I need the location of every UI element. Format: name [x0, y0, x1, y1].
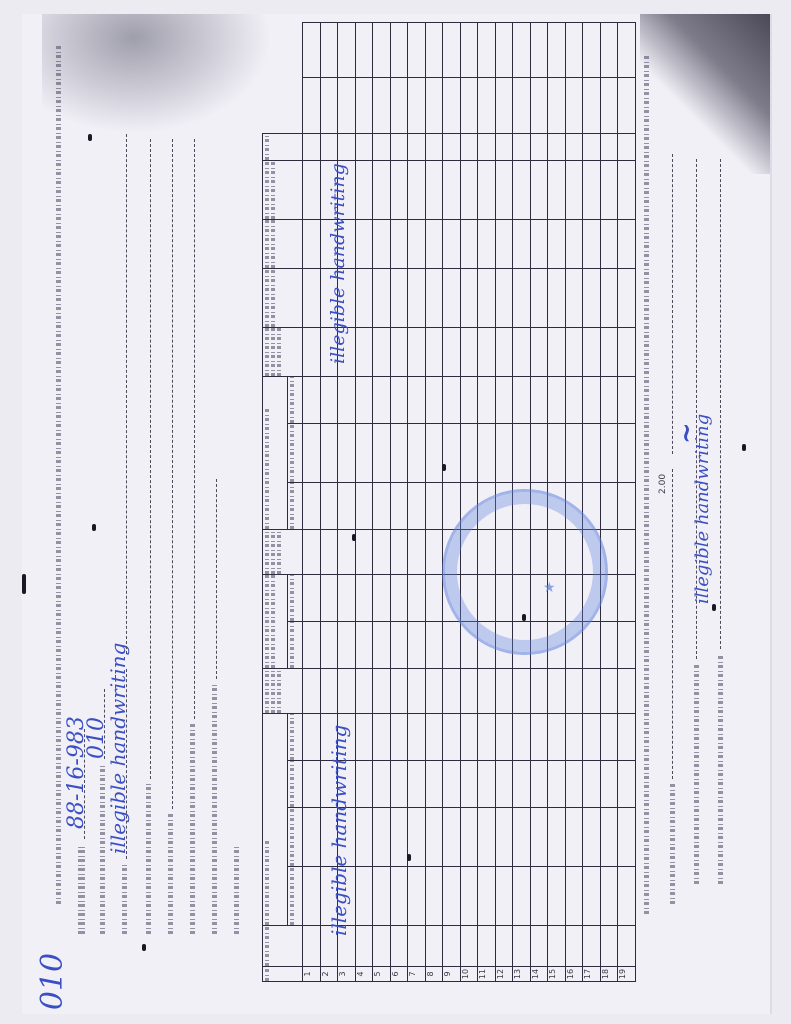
table-cell[interactable] [338, 575, 356, 622]
table-cell[interactable] [513, 761, 531, 808]
table-cell[interactable] [513, 669, 531, 714]
table-cell[interactable] [390, 926, 408, 967]
table-cell[interactable] [618, 867, 636, 926]
table-cell[interactable] [565, 867, 583, 926]
table-cell[interactable] [513, 808, 531, 867]
table-cell[interactable] [355, 161, 373, 220]
table-cell[interactable] [530, 23, 548, 79]
table-cell[interactable] [390, 23, 408, 79]
table-cell[interactable] [600, 761, 618, 808]
table-cell[interactable] [600, 483, 618, 530]
table-cell[interactable] [618, 220, 636, 269]
table-cell[interactable] [408, 78, 426, 134]
table-cell[interactable] [548, 761, 566, 808]
table-cell[interactable] [338, 483, 356, 530]
table-cell[interactable] [373, 575, 391, 622]
table-cell[interactable] [425, 808, 443, 867]
table-cell[interactable] [530, 926, 548, 967]
table-cell[interactable] [338, 669, 356, 714]
table-cell[interactable] [513, 867, 531, 926]
table-cell[interactable] [320, 23, 338, 79]
table-cell[interactable] [355, 78, 373, 134]
table-cell[interactable] [530, 161, 548, 220]
table-cell[interactable] [583, 761, 601, 808]
table-cell[interactable] [373, 424, 391, 483]
table-cell[interactable] [425, 269, 443, 328]
table-cell[interactable] [600, 23, 618, 79]
table-cell[interactable] [408, 714, 426, 761]
table-cell[interactable] [303, 424, 321, 483]
table-cell[interactable] [565, 761, 583, 808]
table-cell[interactable] [320, 424, 338, 483]
table-cell[interactable] [425, 669, 443, 714]
table-cell[interactable] [408, 23, 426, 79]
table-cell[interactable] [565, 134, 583, 161]
table-cell[interactable] [408, 669, 426, 714]
table-cell[interactable] [618, 622, 636, 669]
table-cell[interactable] [390, 714, 408, 761]
table-cell[interactable] [478, 808, 496, 867]
table-cell[interactable] [408, 269, 426, 328]
table-cell[interactable] [303, 808, 321, 867]
table-cell[interactable] [495, 134, 513, 161]
table-cell[interactable] [513, 328, 531, 377]
table-cell[interactable] [320, 483, 338, 530]
table-cell[interactable] [583, 23, 601, 79]
table-cell[interactable] [390, 424, 408, 483]
table-cell[interactable] [303, 23, 321, 79]
table-cell[interactable] [530, 78, 548, 134]
table-cell[interactable] [530, 134, 548, 161]
table-cell[interactable] [373, 714, 391, 761]
table-cell[interactable] [565, 269, 583, 328]
table-cell[interactable] [565, 424, 583, 483]
table-cell[interactable] [460, 424, 478, 483]
table-cell[interactable] [530, 328, 548, 377]
table-cell[interactable] [460, 867, 478, 926]
table-cell[interactable] [495, 867, 513, 926]
table-cell[interactable] [565, 714, 583, 761]
table-cell[interactable] [478, 23, 496, 79]
table-cell[interactable] [443, 23, 461, 79]
table-cell[interactable] [390, 669, 408, 714]
table-cell[interactable] [390, 575, 408, 622]
table-cell[interactable] [618, 161, 636, 220]
table-cell[interactable] [443, 377, 461, 424]
table-cell[interactable] [548, 808, 566, 867]
table-cell[interactable] [530, 269, 548, 328]
table-cell[interactable] [478, 328, 496, 377]
table-cell[interactable] [303, 220, 321, 269]
table-cell[interactable] [408, 867, 426, 926]
table-cell[interactable] [303, 669, 321, 714]
table-cell[interactable] [495, 269, 513, 328]
table-cell[interactable] [443, 424, 461, 483]
table-cell[interactable] [443, 269, 461, 328]
table-cell[interactable] [513, 269, 531, 328]
table-cell[interactable] [478, 78, 496, 134]
table-cell[interactable] [618, 269, 636, 328]
table-cell[interactable] [425, 926, 443, 967]
table-cell[interactable] [548, 23, 566, 79]
table-cell[interactable] [373, 867, 391, 926]
table-cell[interactable] [355, 483, 373, 530]
table-cell[interactable] [495, 377, 513, 424]
table-cell[interactable] [513, 714, 531, 761]
table-cell[interactable] [443, 220, 461, 269]
table-cell[interactable] [495, 23, 513, 79]
table-cell[interactable] [478, 926, 496, 967]
table-cell[interactable] [408, 424, 426, 483]
table-cell[interactable] [530, 761, 548, 808]
table-cell[interactable] [565, 926, 583, 967]
table-cell[interactable] [513, 134, 531, 161]
table-cell[interactable] [443, 78, 461, 134]
table-cell[interactable] [600, 328, 618, 377]
table-cell[interactable] [425, 23, 443, 79]
table-cell[interactable] [443, 134, 461, 161]
table-cell[interactable] [583, 926, 601, 967]
table-cell[interactable] [425, 714, 443, 761]
table-cell[interactable] [338, 134, 356, 161]
table-cell[interactable] [530, 867, 548, 926]
table-cell[interactable] [618, 424, 636, 483]
table-cell[interactable] [373, 23, 391, 79]
table-cell[interactable] [530, 377, 548, 424]
table-cell[interactable] [548, 78, 566, 134]
table-cell[interactable] [355, 808, 373, 867]
table-cell[interactable] [583, 220, 601, 269]
table-cell[interactable] [618, 530, 636, 575]
table-cell[interactable] [478, 134, 496, 161]
table-cell[interactable] [303, 377, 321, 424]
table-cell[interactable] [373, 78, 391, 134]
table-cell[interactable] [390, 328, 408, 377]
table-cell[interactable] [373, 328, 391, 377]
table-cell[interactable] [303, 530, 321, 575]
table-cell[interactable] [618, 761, 636, 808]
table-cell[interactable] [303, 328, 321, 377]
table-cell[interactable] [373, 269, 391, 328]
table-cell[interactable] [320, 78, 338, 134]
table-cell[interactable] [390, 808, 408, 867]
table-cell[interactable] [443, 622, 461, 669]
table-cell[interactable] [495, 669, 513, 714]
table-cell[interactable] [373, 530, 391, 575]
table-cell[interactable] [600, 78, 618, 134]
table-cell[interactable] [583, 328, 601, 377]
table-cell[interactable] [320, 622, 338, 669]
table-cell[interactable] [583, 808, 601, 867]
table-cell[interactable] [583, 714, 601, 761]
table-cell[interactable] [355, 328, 373, 377]
table-cell[interactable] [390, 761, 408, 808]
table-cell[interactable] [583, 269, 601, 328]
table-cell[interactable] [443, 761, 461, 808]
table-cell[interactable] [373, 761, 391, 808]
table-cell[interactable] [373, 808, 391, 867]
table-cell[interactable] [548, 269, 566, 328]
table-cell[interactable] [303, 926, 321, 967]
table-cell[interactable] [460, 377, 478, 424]
table-cell[interactable] [583, 867, 601, 926]
table-cell[interactable] [390, 220, 408, 269]
table-cell[interactable] [373, 220, 391, 269]
table-cell[interactable] [583, 134, 601, 161]
table-cell[interactable] [303, 269, 321, 328]
table-cell[interactable] [600, 808, 618, 867]
table-cell[interactable] [618, 377, 636, 424]
table-cell[interactable] [495, 220, 513, 269]
table-cell[interactable] [460, 23, 478, 79]
table-cell[interactable] [355, 622, 373, 669]
table-cell[interactable] [618, 669, 636, 714]
table-cell[interactable] [548, 669, 566, 714]
table-cell[interactable] [618, 23, 636, 79]
table-cell[interactable] [583, 161, 601, 220]
table-cell[interactable] [548, 714, 566, 761]
table-cell[interactable] [373, 134, 391, 161]
table-cell[interactable] [600, 161, 618, 220]
table-cell[interactable] [478, 424, 496, 483]
table-cell[interactable] [600, 622, 618, 669]
table-cell[interactable] [355, 220, 373, 269]
table-cell[interactable] [600, 134, 618, 161]
table-cell[interactable] [600, 669, 618, 714]
table-cell[interactable] [530, 714, 548, 761]
table-cell[interactable] [373, 483, 391, 530]
table-cell[interactable] [443, 328, 461, 377]
table-cell[interactable] [478, 161, 496, 220]
table-cell[interactable] [548, 328, 566, 377]
table-cell[interactable] [565, 220, 583, 269]
table-cell[interactable] [565, 161, 583, 220]
table-cell[interactable] [303, 161, 321, 220]
table-cell[interactable] [618, 808, 636, 867]
table-cell[interactable] [618, 575, 636, 622]
table-cell[interactable] [530, 220, 548, 269]
table-cell[interactable] [460, 669, 478, 714]
table-cell[interactable] [565, 78, 583, 134]
table-cell[interactable] [338, 622, 356, 669]
table-cell[interactable] [355, 575, 373, 622]
table-cell[interactable] [355, 23, 373, 79]
table-cell[interactable] [425, 78, 443, 134]
table-cell[interactable] [443, 867, 461, 926]
table-cell[interactable] [513, 78, 531, 134]
table-cell[interactable] [513, 424, 531, 483]
table-cell[interactable] [460, 808, 478, 867]
table-cell[interactable] [390, 377, 408, 424]
table-cell[interactable] [425, 220, 443, 269]
table-cell[interactable] [320, 377, 338, 424]
table-cell[interactable] [583, 377, 601, 424]
table-cell[interactable] [303, 134, 321, 161]
table-cell[interactable] [425, 761, 443, 808]
table-cell[interactable] [548, 134, 566, 161]
table-cell[interactable] [303, 575, 321, 622]
table-cell[interactable] [443, 926, 461, 967]
table-cell[interactable] [355, 714, 373, 761]
table-cell[interactable] [548, 424, 566, 483]
table-cell[interactable] [583, 78, 601, 134]
table-cell[interactable] [320, 530, 338, 575]
table-cell[interactable] [460, 161, 478, 220]
table-cell[interactable] [303, 78, 321, 134]
table-cell[interactable] [425, 377, 443, 424]
table-cell[interactable] [600, 424, 618, 483]
table-cell[interactable] [355, 867, 373, 926]
table-cell[interactable] [478, 220, 496, 269]
table-cell[interactable] [530, 669, 548, 714]
table-cell[interactable] [460, 714, 478, 761]
table-cell[interactable] [513, 161, 531, 220]
table-cell[interactable] [495, 761, 513, 808]
table-cell[interactable] [355, 269, 373, 328]
table-cell[interactable] [338, 377, 356, 424]
table-cell[interactable] [425, 424, 443, 483]
table-cell[interactable] [443, 808, 461, 867]
table-cell[interactable] [495, 328, 513, 377]
table-cell[interactable] [548, 377, 566, 424]
table-cell[interactable] [460, 269, 478, 328]
table-cell[interactable] [513, 220, 531, 269]
table-cell[interactable] [565, 23, 583, 79]
table-cell[interactable] [338, 424, 356, 483]
table-cell[interactable] [548, 867, 566, 926]
table-cell[interactable] [495, 161, 513, 220]
table-cell[interactable] [425, 867, 443, 926]
table-cell[interactable] [618, 714, 636, 761]
table-cell[interactable] [460, 220, 478, 269]
table-cell[interactable] [390, 134, 408, 161]
table-cell[interactable] [303, 867, 321, 926]
table-cell[interactable] [513, 23, 531, 79]
table-cell[interactable] [355, 926, 373, 967]
table-cell[interactable] [373, 161, 391, 220]
table-cell[interactable] [583, 669, 601, 714]
table-cell[interactable] [530, 424, 548, 483]
table-cell[interactable] [390, 483, 408, 530]
table-cell[interactable] [355, 377, 373, 424]
table-cell[interactable] [425, 622, 443, 669]
table-cell[interactable] [390, 161, 408, 220]
table-cell[interactable] [460, 926, 478, 967]
table-cell[interactable] [618, 926, 636, 967]
table-cell[interactable] [460, 134, 478, 161]
table-cell[interactable] [303, 761, 321, 808]
table-cell[interactable] [495, 808, 513, 867]
table-cell[interactable] [478, 669, 496, 714]
table-cell[interactable] [355, 669, 373, 714]
table-cell[interactable] [548, 161, 566, 220]
table-cell[interactable] [408, 220, 426, 269]
table-cell[interactable] [408, 483, 426, 530]
table-cell[interactable] [408, 377, 426, 424]
table-cell[interactable] [565, 328, 583, 377]
table-cell[interactable] [425, 530, 443, 575]
table-cell[interactable] [355, 530, 373, 575]
table-cell[interactable] [600, 269, 618, 328]
table-cell[interactable] [460, 328, 478, 377]
table-cell[interactable] [355, 761, 373, 808]
table-cell[interactable] [513, 377, 531, 424]
table-cell[interactable] [408, 575, 426, 622]
table-cell[interactable] [618, 134, 636, 161]
table-cell[interactable] [320, 134, 338, 161]
table-cell[interactable] [408, 926, 426, 967]
table-cell[interactable] [390, 530, 408, 575]
table-cell[interactable] [425, 328, 443, 377]
table-cell[interactable] [408, 622, 426, 669]
table-cell[interactable] [478, 269, 496, 328]
table-cell[interactable] [390, 867, 408, 926]
table-cell[interactable] [495, 926, 513, 967]
table-cell[interactable] [618, 78, 636, 134]
table-cell[interactable] [425, 483, 443, 530]
table-cell[interactable] [530, 808, 548, 867]
table-cell[interactable] [443, 669, 461, 714]
table-cell[interactable] [618, 328, 636, 377]
table-cell[interactable] [600, 926, 618, 967]
table-cell[interactable] [460, 761, 478, 808]
table-cell[interactable] [373, 926, 391, 967]
table-cell[interactable] [373, 377, 391, 424]
table-cell[interactable] [600, 220, 618, 269]
table-cell[interactable] [565, 808, 583, 867]
table-cell[interactable] [478, 714, 496, 761]
table-cell[interactable] [408, 328, 426, 377]
table-cell[interactable] [600, 867, 618, 926]
table-cell[interactable] [495, 78, 513, 134]
table-cell[interactable] [513, 926, 531, 967]
table-cell[interactable] [548, 926, 566, 967]
table-cell[interactable] [478, 761, 496, 808]
table-cell[interactable] [408, 134, 426, 161]
table-cell[interactable] [425, 575, 443, 622]
table-cell[interactable] [425, 134, 443, 161]
table-cell[interactable] [320, 575, 338, 622]
table-cell[interactable] [303, 483, 321, 530]
table-cell[interactable] [355, 134, 373, 161]
table-cell[interactable] [338, 23, 356, 79]
table-cell[interactable] [390, 622, 408, 669]
table-cell[interactable] [408, 761, 426, 808]
table-cell[interactable] [320, 669, 338, 714]
table-cell[interactable] [373, 669, 391, 714]
table-cell[interactable] [373, 622, 391, 669]
table-cell[interactable] [355, 424, 373, 483]
table-cell[interactable] [460, 78, 478, 134]
table-cell[interactable] [443, 714, 461, 761]
table-cell[interactable] [565, 669, 583, 714]
table-cell[interactable] [495, 424, 513, 483]
table-cell[interactable] [478, 867, 496, 926]
table-cell[interactable] [443, 161, 461, 220]
table-cell[interactable] [303, 714, 321, 761]
table-cell[interactable] [338, 78, 356, 134]
table-cell[interactable] [495, 714, 513, 761]
table-cell[interactable] [408, 161, 426, 220]
table-cell[interactable] [548, 220, 566, 269]
table-cell[interactable] [303, 622, 321, 669]
table-cell[interactable] [600, 377, 618, 424]
table-cell[interactable] [600, 714, 618, 761]
table-cell[interactable] [618, 483, 636, 530]
table-cell[interactable] [390, 269, 408, 328]
table-cell[interactable] [408, 530, 426, 575]
table-cell[interactable] [583, 424, 601, 483]
